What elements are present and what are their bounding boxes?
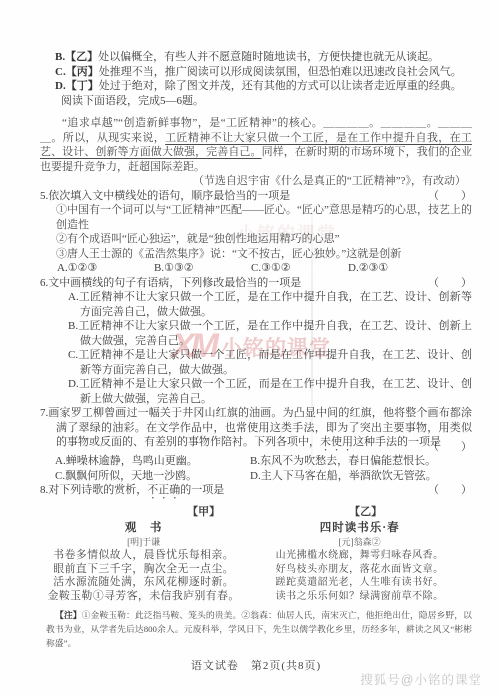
q5-item-1: ①中国有一个词可以与“工匠精神”匹配——匠心。“匠心”意思是精巧的心思，技艺上的…	[56, 203, 472, 232]
question-8-text-1: 8.对下列诗歌的赏析，	[40, 484, 147, 496]
q7-options-row-1: A.蝉噪林逾静，鸟鸣山更幽。 B.东风不为吹愁去，春日偏能惹恨长。	[55, 454, 472, 469]
option-label: C.【丙】	[55, 66, 99, 78]
poem-right-author: [元]翁森②	[247, 536, 472, 549]
poem-tag-yi: 【乙】	[253, 505, 478, 520]
q5-option-c: C.③①②	[251, 261, 348, 276]
option-line-b: B.【乙】处以偏概全，有些人并不愿意随时随地读书，方便快捷也就无从谈起。	[55, 50, 472, 65]
question-8-text-2: 的一项是	[180, 484, 224, 496]
q5-options-row: A.①②③ B.①③② C.③①② D.②③①	[57, 261, 472, 276]
passage-lead: “追求卓越”“创造新鲜事物”，是“工匠精神”的核心。	[62, 117, 323, 129]
question-6-text: 6.文中画横线的句子有语病，下列修改最恰当的一项是	[40, 276, 301, 291]
question-5-stem: 5.依次填入文中横线处的语句，顺序最恰当的一项是（ ）	[40, 189, 472, 204]
poem-line: 金鞍玉勒①寻芳客，未信我庐别有春。	[40, 590, 247, 604]
question-5-text: 5.依次填入文中横线处的语句，顺序最恰当的一项是	[40, 189, 290, 204]
answer-bracket: （ ）	[428, 483, 472, 502]
question-7-stem: 7.画家罗工柳曾画过一幅关于井冈山红旗的油画。为凸显中间的红旗，他将整个画布都涂…	[40, 406, 472, 454]
source-line: （节选自迟宇宙《什么是真正的“工匠精神”?》，有改动）	[40, 174, 472, 189]
q7-option-a: A.蝉噪林逾静，鸟鸣山更幽。	[55, 454, 250, 469]
q5-option-a: A.①②③	[57, 261, 154, 276]
q6-option-c: C.工匠精神不是让大家只做一个工匠，而是在工作中提升自我，在工艺、设计、创新等方…	[68, 348, 472, 377]
exam-page: 小铭的课堂 XM 小铭的课堂 B.【乙】处以偏概全，有些人并不愿意随时随地读书，…	[0, 0, 500, 695]
q7-option-c: C.飘飘何所似，天地一沙鸥。	[55, 469, 250, 484]
poem-left-title: 观 书	[40, 520, 247, 536]
poem-section: 【甲】 观 书 [明]于谦 书卷多情似故人，晨昏忧乐每相亲。 眼前直下三千字，胸…	[40, 505, 472, 603]
poem-right: 【乙】 四时读书乐·春 [元]翁森② 山光拂槛水绕廊，舞雩归咏春风香。 好鸟枝头…	[247, 505, 472, 603]
option-line-c: C.【丙】处推理不当，推广阅读可以形成阅读氛围，但恐怕难以迅速改良社会风气。	[55, 65, 472, 80]
q5-option-d: D.②③①	[348, 261, 445, 276]
poem-line: 眼前直下三千字，胸次全无一点尘。	[40, 563, 247, 577]
option-label: B.【乙】	[55, 51, 98, 63]
note-text: ①金鞍玉勒：此泛指马鞍、笼头的贵美。②翁森：仙居人氏，南宋灭亡，他拒绝出仕，隐居…	[46, 610, 472, 648]
option-label: D.【丁】	[55, 80, 99, 92]
poem-left: 【甲】 观 书 [明]于谦 书卷多情似故人，晨昏忧乐每相亲。 眼前直下三千字，胸…	[40, 505, 247, 603]
poem-line: 读书之乐乐何如？绿满窗前草不除。	[247, 590, 472, 604]
answer-bracket: （ ）	[428, 440, 472, 455]
note-label: 【注】	[55, 610, 82, 620]
poem-line: 蹉跎莫遣韶光老，人生唯有读书好。	[247, 576, 472, 590]
passage-connector: 所以，从现实来说，	[63, 132, 165, 144]
page-content: B.【乙】处以偏概全，有些人并不愿意随时随地读书，方便快捷也就无从谈起。 C.【…	[40, 50, 472, 674]
passage-paragraph: “追求卓越”“创造新鲜事物”，是“工匠精神”的核心。＿＿＿＿。＿＿＿＿。＿＿＿＿…	[40, 116, 472, 174]
option-text: 处推理不当，推广阅读可以形成阅读氛围，但恐怕难以迅速改良社会风气。	[99, 66, 462, 78]
question-8-text: 8.对下列诗歌的赏析，不正确的一项是	[40, 483, 224, 502]
poem-line: 书卷多情似故人，晨昏忧乐每相亲。	[40, 549, 247, 563]
q7-options-row-2: C.飘飘何所似，天地一沙鸥。 D.主人下马客在船，举酒欲饮无管弦。	[55, 469, 472, 484]
q5-item-2: ②有个成语叫“匠心独运”，就是“独创性地运用精巧的心思”	[56, 232, 472, 247]
poem-line: 山光拂槛水绕廊，舞雩归咏春风香。	[247, 549, 472, 563]
option-text: 处以偏概全，有些人并不愿意随时随地读书，方便快捷也就无从谈起。	[98, 51, 439, 63]
poem-line: 好鸟枝头亦朋友，落花水面皆文章。	[247, 563, 472, 577]
poem-right-title: 四时读书乐·春	[247, 520, 472, 536]
q6-option-a: A.工匠精神不让大家只做一个工匠，是在工作中提升自我，在工艺、设计、创新等方面完…	[68, 290, 472, 319]
q6-option-b: B.工匠精神不让大家只做一个工匠，是在工作中提升自我，在工艺、设计、创新上做大做…	[68, 319, 472, 348]
option-line-d: D.【丁】处过于绝对，除了图文并茂，还有其他的方式可以让读者走近厚重的经典。	[55, 79, 472, 94]
q6-option-d: D.工匠精神不是让大家只做一个工匠，而是在工作中提升自我，在工艺、设计、创新上做…	[68, 377, 472, 406]
q7-option-d: D.主人下马客在船，举酒欲饮无管弦。	[250, 469, 437, 484]
question-7-emphasis: 未使用	[320, 436, 353, 448]
q5-item-3: ③唐人王士源的《孟浩然集序》说：“文不按古，匠心独妙。”这就是创新	[56, 247, 472, 262]
option-text: 处过于绝对，除了图文并茂，还有其他的方式可以让读者走近厚重的经典。	[99, 80, 462, 92]
q5-option-b: B.①③②	[154, 261, 251, 276]
note-paragraph: 【注】①金鞍玉勒：此泛指马鞍、笼头的贵美。②翁森：仙居人氏，南宋灭亡，他拒绝出仕…	[40, 608, 472, 650]
question-8-stem: 8.对下列诗歌的赏析，不正确的一项是（ ）	[40, 483, 472, 502]
q7-option-b: B.东风不为吹愁去，春日偏能惹恨长。	[250, 454, 436, 469]
question-8-emphasis: 不正确	[147, 484, 180, 496]
watermark-corner: 搜狐号@小铭的课堂	[360, 670, 482, 688]
question-6-stem: 6.文中画横线的句子有语病，下列修改最恰当的一项是（ ）	[40, 276, 472, 291]
poem-line: 活水源流随处满，东风花柳逐时新。	[40, 576, 247, 590]
reading-intro: 阅读下面语段，完成5—6题。	[61, 94, 472, 109]
answer-bracket: （ ）	[428, 276, 472, 291]
answer-bracket: （ ）	[428, 189, 472, 204]
poem-left-author: [明]于谦	[40, 536, 247, 549]
